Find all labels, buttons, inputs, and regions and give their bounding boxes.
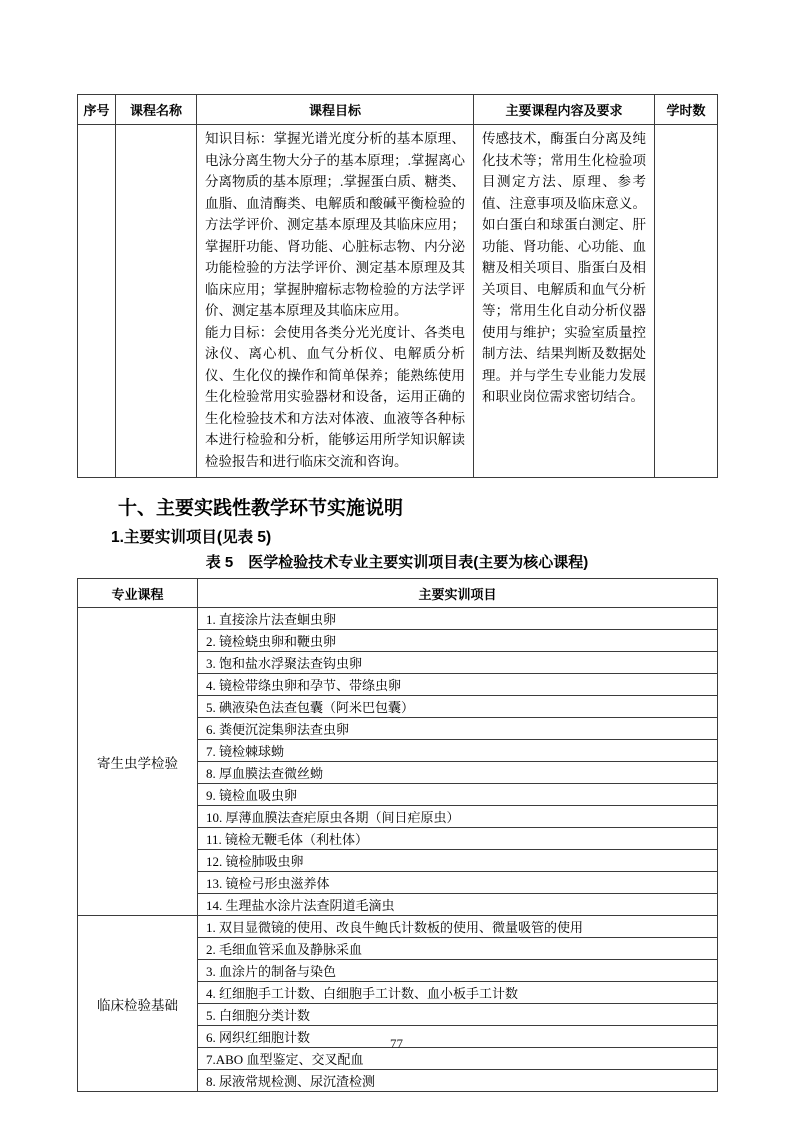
header-content: 主要课程内容及要求 [474, 95, 655, 125]
training-item-cell: 11. 镜检无鞭毛体（利杜体） [198, 828, 718, 850]
training-item-cell: 14. 生理盐水涂片法查阴道毛滴虫 [198, 894, 718, 916]
training-item-cell: 5. 碘液染色法查包囊（阿米巴包囊） [198, 696, 718, 718]
objectives-knowledge: 知识目标：掌握光谱光度分析的基本原理、电泳分离生物大分子的基本原理；.掌握离心分… [205, 128, 465, 322]
page-content: 序号 课程名称 课程目标 主要课程内容及要求 学时数 知识目标：掌握光谱光度分析… [77, 94, 717, 1092]
objectives-ability: 能力目标：会使用各类分光光度计、各类电泳仪、离心机、血气分析仪、电解质分析仪、生… [205, 322, 465, 473]
course-group-cell: 临床检验基础 [78, 916, 198, 1092]
header-hours: 学时数 [655, 95, 718, 125]
course-table-row: 知识目标：掌握光谱光度分析的基本原理、电泳分离生物大分子的基本原理；.掌握离心分… [78, 125, 718, 478]
training-table-body: 寄生虫学检验1. 直接涂片法查蛔虫卵2. 镜检蛲虫卵和鞭虫卵3. 饱和盐水浮聚法… [78, 608, 718, 1092]
hours-cell [655, 125, 718, 478]
page-number: 77 [0, 1036, 793, 1052]
training-item-cell: 9. 镜检血吸虫卵 [198, 784, 718, 806]
section-subheading: 1.主要实训项目(见表 5) [111, 529, 717, 547]
course-table-header-row: 序号 课程名称 课程目标 主要课程内容及要求 学时数 [78, 95, 718, 125]
training-item-cell: 1. 双目显微镜的使用、改良牛鲍氏计数板的使用、微量吸管的使用 [198, 916, 718, 938]
training-table: 专业课程 主要实训项目 寄生虫学检验1. 直接涂片法查蛔虫卵2. 镜检蛲虫卵和鞭… [77, 578, 718, 1092]
content-cell: 传感技术，酶蛋白分离及纯化技术等；常用生化检验项目测定方法、原理、参考值、注意事… [474, 125, 655, 478]
training-item-cell: 13. 镜检弓形虫滋养体 [198, 872, 718, 894]
seq-cell [78, 125, 116, 478]
training-item-cell: 12. 镜检肺吸虫卵 [198, 850, 718, 872]
table-row: 寄生虫学检验1. 直接涂片法查蛔虫卵 [78, 608, 718, 630]
header-course-name: 课程名称 [116, 95, 197, 125]
training-item-cell: 7. 镜检棘球蚴 [198, 740, 718, 762]
training-item-cell: 3. 饱和盐水浮聚法查钩虫卵 [198, 652, 718, 674]
course-group-cell: 寄生虫学检验 [78, 608, 198, 916]
training-item-cell: 2. 镜检蛲虫卵和鞭虫卵 [198, 630, 718, 652]
header-seq: 序号 [78, 95, 116, 125]
training-item-cell: 4. 红细胞手工计数、白细胞手工计数、血小板手工计数 [198, 982, 718, 1004]
training-item-cell: 3. 血涂片的制备与染色 [198, 960, 718, 982]
table-row: 临床检验基础1. 双目显微镜的使用、改良牛鲍氏计数板的使用、微量吸管的使用 [78, 916, 718, 938]
training-item-cell: 2. 毛细血管采血及静脉采血 [198, 938, 718, 960]
course-table: 序号 课程名称 课程目标 主要课程内容及要求 学时数 知识目标：掌握光谱光度分析… [77, 94, 718, 478]
header-training-projects: 主要实训项目 [198, 579, 718, 608]
training-item-cell: 8. 厚血膜法查微丝蚴 [198, 762, 718, 784]
table5-caption: 表 5 医学检验技术专业主要实训项目表(主要为核心课程) [77, 554, 717, 572]
training-item-cell: 10. 厚薄血膜法查疟原虫各期（间日疟原虫） [198, 806, 718, 828]
section-heading: 十、主要实践性教学环节实施说明 [118, 498, 717, 520]
header-professional-course: 专业课程 [78, 579, 198, 608]
training-item-cell: 4. 镜检带绦虫卵和孕节、带绦虫卵 [198, 674, 718, 696]
objectives-cell: 知识目标：掌握光谱光度分析的基本原理、电泳分离生物大分子的基本原理；.掌握离心分… [197, 125, 474, 478]
course-name-cell [116, 125, 197, 478]
training-item-cell: 8. 尿液常规检测、尿沉渣检测 [198, 1070, 718, 1092]
training-item-cell: 5. 白细胞分类计数 [198, 1004, 718, 1026]
training-item-cell: 1. 直接涂片法查蛔虫卵 [198, 608, 718, 630]
content-text: 传感技术，酶蛋白分离及纯化技术等；常用生化检验项目测定方法、原理、参考值、注意事… [482, 128, 646, 408]
document-page: 序号 课程名称 课程目标 主要课程内容及要求 学时数 知识目标：掌握光谱光度分析… [0, 0, 793, 1122]
training-item-cell: 6. 粪便沉淀集卵法查虫卵 [198, 718, 718, 740]
header-objectives: 课程目标 [197, 95, 474, 125]
training-table-header-row: 专业课程 主要实训项目 [78, 579, 718, 608]
